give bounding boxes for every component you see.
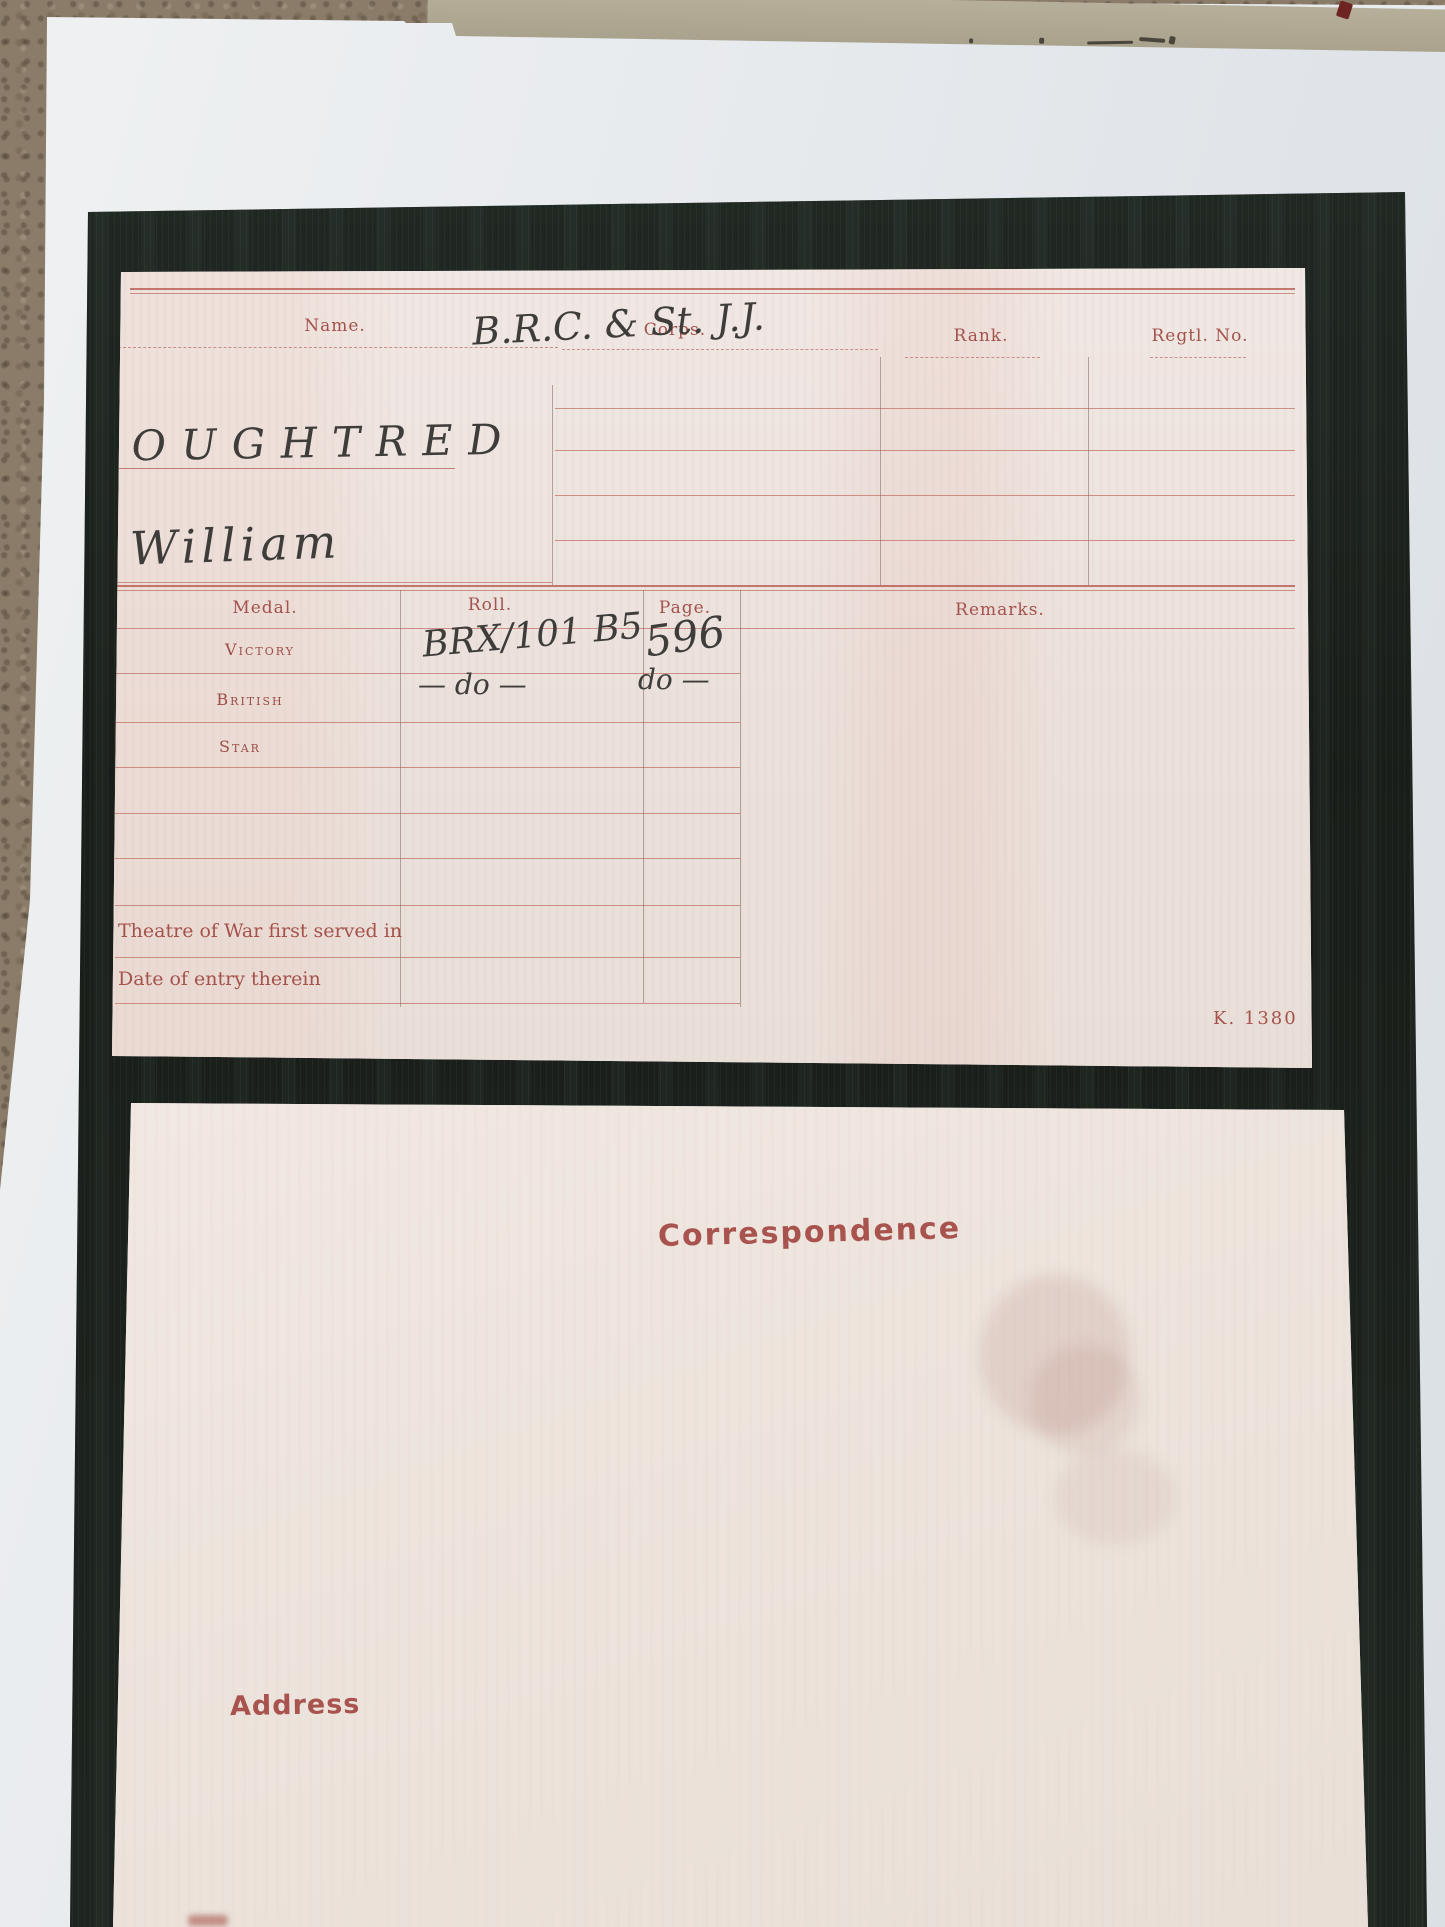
rule-line — [115, 957, 740, 958]
rule-line — [115, 767, 740, 768]
rule-line — [555, 408, 1295, 409]
column-line — [400, 590, 401, 1007]
surname-handwriting: OUGHTRED — [128, 415, 521, 471]
form-number: K. 1380 — [1213, 1008, 1298, 1029]
handwriting-fragment — [969, 38, 973, 43]
medal-row-label-british: British — [216, 690, 283, 709]
rule-line — [115, 590, 1295, 591]
regtl-no-column-header: Regtl. No. — [1151, 326, 1248, 346]
forename-handwriting: William — [129, 514, 342, 575]
smudge-mark — [1055, 1450, 1175, 1545]
rule-line — [555, 495, 1295, 496]
date-of-entry-label: Date of entry therein — [118, 968, 321, 990]
rule-line — [130, 293, 1295, 294]
column-line — [740, 590, 741, 1007]
medal-row-label-star: Star — [219, 737, 261, 756]
rule-line — [130, 288, 1295, 290]
handwriting-fragment — [1039, 38, 1044, 44]
handwriting-fragment — [1139, 37, 1165, 43]
rule-line — [555, 540, 1295, 541]
medal-row-label-victory: Victory — [225, 640, 295, 659]
theatre-of-war-label: Theatre of War first served in — [118, 920, 402, 942]
correspondence-title: Correspondence — [658, 1211, 962, 1254]
column-line — [643, 590, 644, 1003]
column-line — [1088, 357, 1089, 585]
rank-column-header: Rank. — [954, 326, 1009, 346]
british-page-ditto: do — — [638, 663, 710, 696]
rule-line — [562, 349, 878, 350]
address-label: Address — [230, 1689, 361, 1722]
handwriting-fragment — [1168, 36, 1175, 45]
rule-line — [1150, 357, 1246, 358]
rule-line — [555, 450, 1295, 451]
rule-line — [115, 858, 740, 859]
rule-line — [905, 357, 1040, 358]
rule-line — [115, 813, 740, 814]
rule-line — [115, 585, 1295, 587]
rule-line — [115, 1003, 740, 1004]
rule-line — [115, 722, 740, 723]
rule-line — [115, 468, 455, 469]
handwriting-fragment — [1087, 41, 1133, 45]
roll-column-header: Roll. — [468, 595, 512, 615]
victory-page-handwriting: 596 — [642, 607, 728, 667]
corps-handwriting: B.R.C. & St. J.J. — [471, 294, 766, 353]
column-line — [880, 357, 881, 585]
british-roll-ditto: — do — — [418, 668, 527, 701]
rule-line — [115, 582, 552, 583]
correspondence-card: Correspondence Address — [100, 1090, 1400, 1927]
red-smudge — [188, 1915, 228, 1926]
photo-of-medal-card-scan: Name. Corps. Rank. Regtl. No. OUGHTRED W… — [0, 0, 1445, 1927]
remarks-column-header: Remarks. — [955, 600, 1045, 620]
name-column-header: Name. — [304, 316, 366, 336]
medal-column-header: Medal. — [232, 598, 297, 618]
column-line — [552, 385, 553, 585]
medal-index-card: Name. Corps. Rank. Regtl. No. OUGHTRED W… — [100, 260, 1320, 1080]
smudge-mark — [1030, 1345, 1140, 1455]
rule-line — [115, 905, 740, 906]
victory-roll-handwriting: BRX/101 B5 — [421, 605, 645, 665]
